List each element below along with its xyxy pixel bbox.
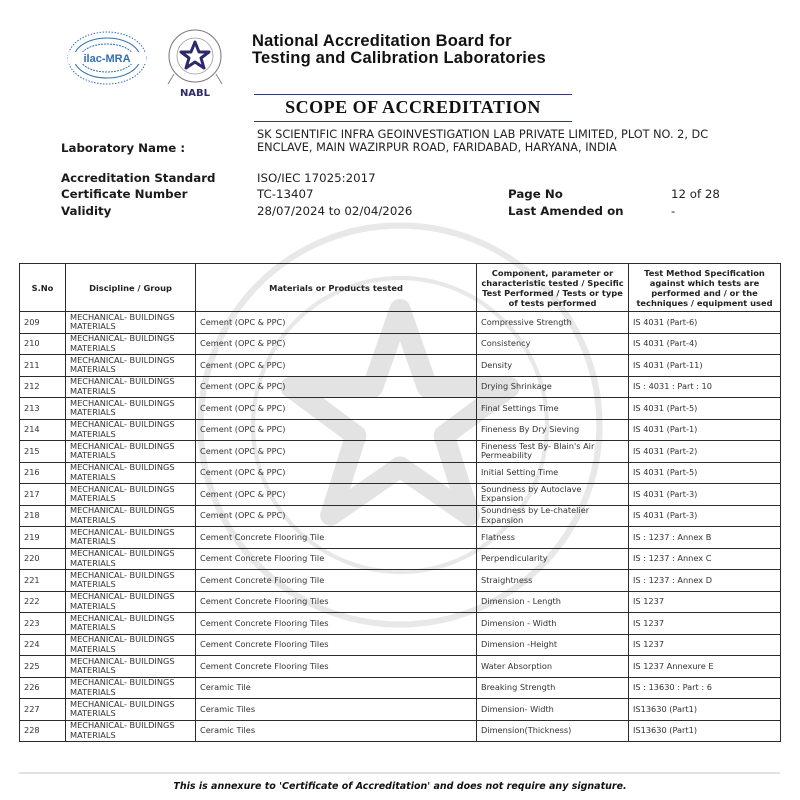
cell-component: Drying Shrinkage [477,376,629,398]
cell-test-method: IS 4031 (Part-3) [629,484,781,506]
table-row: 213MECHANICAL- BUILDINGS MATERIALSCement… [20,398,781,420]
cell-component: Soundness by Le-chatelier Expansion [477,505,629,527]
cell-discipline: MECHANICAL- BUILDINGS MATERIALS [66,441,196,463]
cell-test-method: IS 4031 (Part-5) [629,398,781,420]
cell-test-method: IS 1237 [629,634,781,656]
cell-component: Consistency [477,333,629,355]
certificate-number-label: Certificate Number [61,187,187,201]
table-row: 227MECHANICAL- BUILDINGS MATERIALSCerami… [20,699,781,721]
table-row: 211MECHANICAL- BUILDINGS MATERIALSCement… [20,355,781,377]
cell-material: Ceramic Tiles [196,720,477,742]
cell-test-method: IS : 13630 : Part : 6 [629,677,781,699]
cell-material: Cement Concrete Flooring Tile [196,527,477,549]
cell-sno: 211 [20,355,66,377]
cell-material: Cement (OPC & PPC) [196,333,477,355]
cell-test-method: IS 4031 (Part-11) [629,355,781,377]
org-title-line-2: Testing and Calibration Laboratories [252,50,546,67]
svg-text:NABL: NABL [180,88,211,99]
cell-material: Cement (OPC & PPC) [196,419,477,441]
cell-discipline: MECHANICAL- BUILDINGS MATERIALS [66,462,196,484]
cell-material: Cement (OPC & PPC) [196,462,477,484]
table-row: 218MECHANICAL- BUILDINGS MATERIALSCement… [20,505,781,527]
cell-test-method: IS 4031 (Part-6) [629,312,781,334]
cell-test-method: IS : 4031 : Part : 10 [629,376,781,398]
cell-sno: 216 [20,462,66,484]
cell-material: Cement (OPC & PPC) [196,376,477,398]
cell-discipline: MECHANICAL- BUILDINGS MATERIALS [66,419,196,441]
cell-component: Initial Setting Time [477,462,629,484]
accreditation-standard-value: ISO/IEC 17025:2017 [257,171,376,185]
cell-test-method: IS13630 (Part1) [629,699,781,721]
cell-sno: 214 [20,419,66,441]
org-title-line-1: National Accreditation Board for [252,33,546,50]
cell-sno: 215 [20,441,66,463]
organization-title: National Accreditation Board for Testing… [252,33,546,67]
cell-component: Dimension -Height [477,634,629,656]
table-row: 221MECHANICAL- BUILDINGS MATERIALSCement… [20,570,781,592]
page-no-value: 12 of 28 [671,187,720,201]
cell-discipline: MECHANICAL- BUILDINGS MATERIALS [66,548,196,570]
cell-discipline: MECHANICAL- BUILDINGS MATERIALS [66,398,196,420]
scope-table: S.No Discipline / Group Materials or Pro… [19,263,781,742]
cell-material: Cement (OPC & PPC) [196,355,477,377]
cell-discipline: MECHANICAL- BUILDINGS MATERIALS [66,656,196,678]
cell-sno: 210 [20,333,66,355]
cell-sno: 212 [20,376,66,398]
cell-test-method: IS 1237 Annexure E [629,656,781,678]
validity-label: Validity [61,204,111,218]
cell-discipline: MECHANICAL- BUILDINGS MATERIALS [66,333,196,355]
table-row: 224MECHANICAL- BUILDINGS MATERIALSCement… [20,634,781,656]
cell-sno: 224 [20,634,66,656]
cell-sno: 225 [20,656,66,678]
nabl-logo: NABL [160,28,230,100]
cell-material: Cement Concrete Flooring Tile [196,570,477,592]
cell-test-method: IS 4031 (Part-4) [629,333,781,355]
cell-sno: 222 [20,591,66,613]
footer-divider [19,772,780,774]
header-component: Component, parameter or characteristic t… [477,264,629,312]
cell-test-method: IS : 1237 : Annex C [629,548,781,570]
laboratory-name-value: SK SCIENTIFIC INFRA GEOINVESTIGATION LAB… [257,128,737,154]
certificate-number-value: TC-13407 [257,187,314,201]
cell-discipline: MECHANICAL- BUILDINGS MATERIALS [66,613,196,635]
cell-component: Fineness Test By- Blain's Air Permeabili… [477,441,629,463]
cell-component: Dimension- Width [477,699,629,721]
cell-material: Cement Concrete Flooring Tile [196,548,477,570]
cell-test-method: IS : 1237 : Annex D [629,570,781,592]
cell-test-method: IS 4031 (Part-5) [629,462,781,484]
table-row: 225MECHANICAL- BUILDINGS MATERIALSCement… [20,656,781,678]
cell-test-method: IS 4031 (Part-3) [629,505,781,527]
cell-material: Cement (OPC & PPC) [196,398,477,420]
cell-sno: 227 [20,699,66,721]
cell-component: Dimension - Length [477,591,629,613]
cell-sno: 220 [20,548,66,570]
cell-component: Flatness [477,527,629,549]
cell-material: Cement (OPC & PPC) [196,484,477,506]
table-row: 216MECHANICAL- BUILDINGS MATERIALSCement… [20,462,781,484]
cell-component: Fineness By Dry Sieving [477,419,629,441]
validity-value: 28/07/2024 to 02/04/2026 [257,204,412,218]
scope-title-block: SCOPE OF ACCREDITATION [254,94,572,122]
cell-component: Dimension(Thickness) [477,720,629,742]
scope-title: SCOPE OF ACCREDITATION [254,97,572,118]
cell-sno: 217 [20,484,66,506]
cell-sno: 219 [20,527,66,549]
cell-test-method: IS 4031 (Part-2) [629,441,781,463]
last-amended-label: Last Amended on [508,204,624,218]
cell-sno: 213 [20,398,66,420]
ilac-mra-logo: ilac-MRA [66,30,148,86]
cell-test-method: IS 1237 [629,591,781,613]
laboratory-name-label: Laboratory Name : [61,141,185,155]
cell-test-method: IS13630 (Part1) [629,720,781,742]
cell-discipline: MECHANICAL- BUILDINGS MATERIALS [66,570,196,592]
cell-component: Final Settings Time [477,398,629,420]
header-discipline: Discipline / Group [66,264,196,312]
cell-material: Cement Concrete Flooring Tiles [196,591,477,613]
table-row: 212MECHANICAL- BUILDINGS MATERIALSCement… [20,376,781,398]
table-row: 215MECHANICAL- BUILDINGS MATERIALSCement… [20,441,781,463]
cell-component: Straightness [477,570,629,592]
cell-component: Perpendicularity [477,548,629,570]
cell-component: Density [477,355,629,377]
table-row: 209MECHANICAL- BUILDINGS MATERIALSCement… [20,312,781,334]
cell-discipline: MECHANICAL- BUILDINGS MATERIALS [66,527,196,549]
cell-discipline: MECHANICAL- BUILDINGS MATERIALS [66,720,196,742]
header-materials: Materials or Products tested [196,264,477,312]
accreditation-standard-label: Accreditation Standard [61,171,215,185]
table-row: 219MECHANICAL- BUILDINGS MATERIALSCement… [20,527,781,549]
table-row: 222MECHANICAL- BUILDINGS MATERIALSCement… [20,591,781,613]
footer-note: This is annexure to 'Certificate of Accr… [0,781,800,792]
cell-test-method: IS 1237 [629,613,781,635]
cell-component: Dimension - Width [477,613,629,635]
cell-sno: 228 [20,720,66,742]
cell-sno: 226 [20,677,66,699]
cell-material: Cement Concrete Flooring Tiles [196,634,477,656]
table-row: 220MECHANICAL- BUILDINGS MATERIALSCement… [20,548,781,570]
cell-sno: 223 [20,613,66,635]
cell-material: Cement (OPC & PPC) [196,505,477,527]
table-row: 210MECHANICAL- BUILDINGS MATERIALSCement… [20,333,781,355]
cell-sno: 218 [20,505,66,527]
cell-test-method: IS 4031 (Part-1) [629,419,781,441]
cell-discipline: MECHANICAL- BUILDINGS MATERIALS [66,376,196,398]
table-row: 228MECHANICAL- BUILDINGS MATERIALSCerami… [20,720,781,742]
cell-test-method: IS : 1237 : Annex B [629,527,781,549]
header-test-method: Test Method Specification against which … [629,264,781,312]
cell-component: Compressive Strength [477,312,629,334]
cell-component: Soundness by Autoclave Expansion [477,484,629,506]
page-no-label: Page No [508,187,563,201]
cell-component: Breaking Strength [477,677,629,699]
cell-material: Cement (OPC & PPC) [196,312,477,334]
last-amended-value: - [671,204,675,218]
table-header-row: S.No Discipline / Group Materials or Pro… [20,264,781,312]
cell-material: Ceramic Tile [196,677,477,699]
cell-discipline: MECHANICAL- BUILDINGS MATERIALS [66,699,196,721]
cell-discipline: MECHANICAL- BUILDINGS MATERIALS [66,484,196,506]
cell-discipline: MECHANICAL- BUILDINGS MATERIALS [66,505,196,527]
cell-component: Water Absorption [477,656,629,678]
cell-material: Cement (OPC & PPC) [196,441,477,463]
header-sno: S.No [20,264,66,312]
cell-sno: 209 [20,312,66,334]
table-row: 226MECHANICAL- BUILDINGS MATERIALSCerami… [20,677,781,699]
cell-discipline: MECHANICAL- BUILDINGS MATERIALS [66,591,196,613]
table-row: 214MECHANICAL- BUILDINGS MATERIALSCement… [20,419,781,441]
cell-material: Cement Concrete Flooring Tiles [196,656,477,678]
cell-discipline: MECHANICAL- BUILDINGS MATERIALS [66,677,196,699]
table-body: 209MECHANICAL- BUILDINGS MATERIALSCement… [20,312,781,742]
cell-material: Ceramic Tiles [196,699,477,721]
cell-discipline: MECHANICAL- BUILDINGS MATERIALS [66,312,196,334]
svg-text:ilac-MRA: ilac-MRA [83,53,130,65]
table-row: 217MECHANICAL- BUILDINGS MATERIALSCement… [20,484,781,506]
cell-sno: 221 [20,570,66,592]
cell-discipline: MECHANICAL- BUILDINGS MATERIALS [66,634,196,656]
table-row: 223MECHANICAL- BUILDINGS MATERIALSCement… [20,613,781,635]
cell-discipline: MECHANICAL- BUILDINGS MATERIALS [66,355,196,377]
cell-material: Cement Concrete Flooring Tiles [196,613,477,635]
